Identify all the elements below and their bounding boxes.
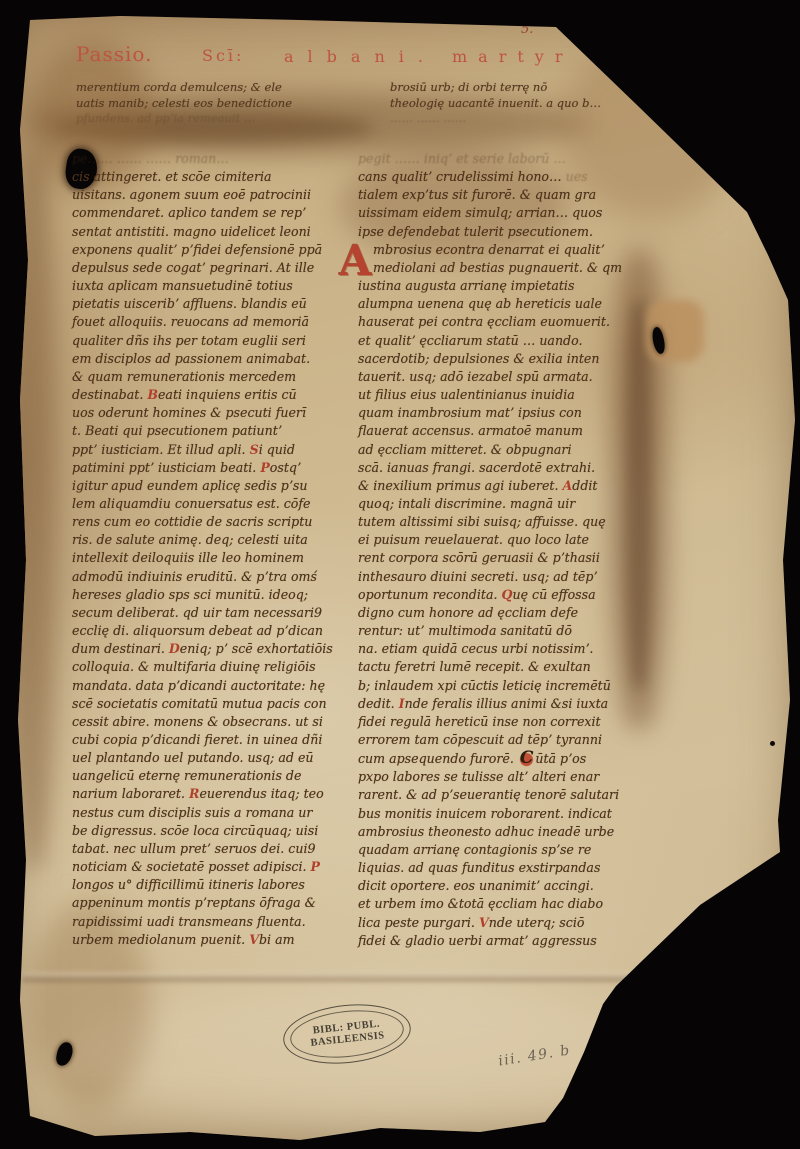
manuscript-line: colloquia. & multifaria diuinę religiōis bbox=[72, 658, 364, 676]
manuscript-line: lem aliquamdiu conuersatus est. cōfe bbox=[72, 495, 364, 513]
manuscript-line: fidei & gladio uerbi armatʼ aggressus bbox=[358, 932, 670, 950]
manuscript-line: uisitans. agonem suum eoē patrocinii bbox=[72, 186, 364, 204]
manuscript-line: …… …… …… bbox=[390, 111, 601, 127]
manuscript-line: cessit abire. monens & obsecrans. ut si bbox=[72, 713, 364, 731]
text-column-left: pe…… …… …… roman…cis attingeret. et scōe… bbox=[72, 150, 364, 949]
manuscript-line: nestus cum disciplis suis a romana ur bbox=[72, 804, 364, 822]
manuscript-line: liquias. ad quas funditus exstirpandas bbox=[358, 859, 670, 877]
manuscript-line: depulsus sede cogatʼ pegrinari. At ille bbox=[72, 259, 364, 277]
manuscript-line: pe…… …… …… roman… bbox=[72, 150, 364, 168]
manuscript-line: appeninum montis pʼreptans ōfraga & bbox=[72, 894, 364, 912]
manuscript-line: admodū indiuinis eruditū. & pʼtra omś bbox=[72, 568, 364, 586]
manuscript-line: uel plantando uel putando. usq; ad eū bbox=[72, 749, 364, 767]
manuscript-line: iustina augusta arrianę impietatis bbox=[358, 277, 670, 295]
manuscript-line: commendaret. aplico tandem se repʼ bbox=[72, 204, 364, 222]
manuscript-line: sentat antistiti. magno uidelicet leoni bbox=[72, 223, 364, 241]
manuscript-line: ambrosius theonesto adhuc ineadē urbe bbox=[358, 823, 670, 841]
rubric-word: martyr bbox=[452, 47, 573, 66]
manuscript-line: mbrosius econtra denarrat ei qualitʼ bbox=[358, 241, 670, 259]
library-stamp-border: BIBL: PUBL. BASILEENSIS bbox=[288, 1005, 406, 1063]
manuscript-line: rapidissimi uadi transmeans fluenta. bbox=[72, 913, 364, 931]
manuscript-line: igitur apud eundem aplicę sedis pʼsu bbox=[72, 477, 364, 495]
manuscript-line: patimini pptʼ iusticiam beati. Postqʼ bbox=[72, 459, 364, 477]
parchment-stain bbox=[12, 150, 56, 870]
manuscript-line: et qualitʼ ęccliarum statū … uando. bbox=[358, 332, 670, 350]
manuscript-line: dicit oportere. eos unanimitʼ accingi. bbox=[358, 877, 670, 895]
manuscript-line: uos oderunt homines & psecuti fuerī bbox=[72, 404, 364, 422]
folio-number: 5. bbox=[521, 22, 533, 37]
marginalia-top-left: merentium corda demulcens; & eleuatis ma… bbox=[76, 80, 292, 127]
manuscript-line: scē societatis comitatū mutua pacis con bbox=[72, 695, 364, 713]
manuscript-line: digno cum honore ad ęccliam defe bbox=[358, 604, 670, 622]
manuscript-line: et urbem imo &totā ęccliam hac diabo bbox=[358, 895, 670, 913]
manuscript-line: quoq; intali discrimine. magnā uir bbox=[358, 495, 670, 513]
manuscript-line: cis attingeret. et scōe cimiteria bbox=[72, 168, 364, 186]
ink-speck bbox=[770, 741, 775, 746]
parchment-hole bbox=[55, 1041, 75, 1068]
manuscript-line: mandata. data pʼdicandi auctoritate: hę bbox=[72, 677, 364, 695]
manuscript-line: alumpna uenena quę ab hereticis uale bbox=[358, 295, 670, 313]
rubric-word: Scī: bbox=[202, 46, 244, 65]
manuscript-line: ris. de salute animę. deq; celesti uita bbox=[72, 531, 364, 549]
manuscript-line: flauerat accensus. armatoē manum bbox=[358, 422, 670, 440]
manuscript-line: sacerdotib; depulsiones & exilia inten bbox=[358, 350, 670, 368]
manuscript-line: lica peste purgari. Vnde uterq; sciō bbox=[358, 914, 670, 932]
manuscript-line: quam inambrosium matʼ ipsius con bbox=[358, 404, 670, 422]
manuscript-line: pfundens. ad ppʼia remeauit … bbox=[76, 111, 292, 127]
ink-speck bbox=[606, 1044, 610, 1054]
manuscript-line: tactu feretri lumē recepit. & exultan bbox=[358, 658, 670, 676]
manuscript-line: secum deliberat. qd uir tam necessari9 bbox=[72, 604, 364, 622]
manuscript-line: cans qualitʼ crudelissimi hono… ues bbox=[358, 168, 670, 186]
manuscript-line: tauerit. usq; adō iezabel spū armata. bbox=[358, 368, 670, 386]
manuscript-line: hauserat pei contra ęccliam euomuerit. bbox=[358, 313, 670, 331]
manuscript-line: uangelicū eternę remunerationis de bbox=[72, 767, 364, 785]
manuscript-line: uissimam eidem simulq; arrian… quos bbox=[358, 204, 670, 222]
manuscript-line: be digressus. scōe loca circūquaq; uisi bbox=[72, 822, 364, 840]
manuscript-line: merentium corda demulcens; & ele bbox=[76, 80, 292, 96]
text-column-right: pegit …… iniqʼ et serie laborū …cans qua… bbox=[358, 150, 670, 950]
manuscript-line: rens cum eo cottidie de sacris scriptu bbox=[72, 513, 364, 531]
manuscript-line: inthesauro diuini secreti. usq; ad tēpʼ bbox=[358, 568, 670, 586]
decorated-initial-A: A bbox=[339, 240, 372, 282]
manuscript-line: dum destinari. Deniq; pʼ scē exhortatiōi… bbox=[72, 640, 364, 658]
manuscript-line: errorem tam cōpescuit ad tēpʼ tyranni bbox=[358, 731, 670, 749]
manuscript-line: pietatis uisceribʼ affluens. blandis eū bbox=[72, 295, 364, 313]
manuscript-line: cum apsequendo furorē. Cūtā pʼos bbox=[358, 749, 670, 768]
manuscript-line: ut filius eius ualentinianus inuidia bbox=[358, 386, 670, 404]
manuscript-line: intellexit deiloquiis ille leo hominem bbox=[72, 549, 364, 567]
manuscript-line: t. Beati qui psecutionem patiuntʼ bbox=[72, 422, 364, 440]
fold-crease bbox=[22, 972, 767, 982]
manuscript-line: theologię uacantē inuenit. a quo b… bbox=[390, 96, 601, 112]
manuscript-line: pptʼ iusticiam. Et illud apli. Si quid bbox=[72, 441, 364, 459]
manuscript-line: urbem mediolanum puenit. Vbi am bbox=[72, 931, 364, 949]
manuscript-line: exponens qualitʼ pʼfidei defensionē ppā bbox=[72, 241, 364, 259]
manuscript-line: narium laboraret. Reuerendus itaq; teo bbox=[72, 785, 364, 803]
manuscript-line: rent corpora scōrū geruasii & pʼthasii bbox=[358, 549, 670, 567]
manuscript-line: destinabat. Beati inquiens eritis cū bbox=[72, 386, 364, 404]
manuscript-line: & inexilium primus agi iuberet. Addit bbox=[358, 477, 670, 495]
manuscript-line: oportunum recondita. Quę cū effossa bbox=[358, 586, 670, 604]
manuscript-line: tialem expʼtus sit furorē. & quam gra bbox=[358, 186, 670, 204]
manuscript-line: uatis manib; celesti eos benedictione bbox=[76, 96, 292, 112]
manuscript-line: na. etiam quidā cecus urbi notissimʼ. bbox=[358, 640, 670, 658]
manuscript-line: pegit …… iniqʼ et serie laborū … bbox=[358, 150, 670, 168]
manuscript-line: dedit. Inde feralis illius animi &si iux… bbox=[358, 695, 670, 713]
library-stamp: BIBL: PUBL. BASILEENSIS bbox=[280, 998, 413, 1069]
manuscript-line: rarent. & ad pʼseuerantię tenorē salutar… bbox=[358, 786, 670, 804]
manuscript-line: qualiter dñs ihs per totam euglii seri bbox=[72, 332, 364, 350]
manuscript-line: hereses gladio sps sci munitū. ideoq; bbox=[72, 586, 364, 604]
shelfmark: iii. 49. b bbox=[497, 1042, 572, 1069]
manuscript-line: fidei regulā hereticū inse non correxit bbox=[358, 713, 670, 731]
manuscript-line: tabat. nec ullum pretʼ seruos dei. cui9 bbox=[72, 840, 364, 858]
manuscript-line: ecclię di. aliquorsum debeat ad pʼdican bbox=[72, 622, 364, 640]
manuscript-line: fouet alloquiis. reuocans ad memoriā bbox=[72, 313, 364, 331]
manuscript-line: cubi copia pʼdicandi fieret. in uinea dñ… bbox=[72, 731, 364, 749]
manuscript-line: iuxta aplicam mansuetudinē totius bbox=[72, 277, 364, 295]
manuscript-line: & quam remunerationis mercedem bbox=[72, 368, 364, 386]
manuscript-line: longos u° difficillimū itineris labores bbox=[72, 876, 364, 894]
manuscript-line: mediolani ad bestias pugnauerit. & qm bbox=[358, 259, 670, 277]
marginalia-top-right: brosiū urb; di orbi terrę nōtheologię ua… bbox=[390, 80, 601, 127]
manuscript-line: brosiū urb; di orbi terrę nō bbox=[390, 80, 601, 96]
manuscript-line: noticiam & societatē posset adipisci. P bbox=[72, 858, 364, 876]
manuscript-line: tutem altissimi sibi suisq; affuisse. qu… bbox=[358, 513, 670, 531]
manuscript-line: rentur: utʼ multimoda sanitatū dō bbox=[358, 622, 670, 640]
manuscript-line: em disciplos ad passionem animabat. bbox=[72, 350, 364, 368]
rubric-word: Passio. bbox=[76, 42, 152, 66]
manuscript-line: quadam arrianę contagionis spʼse re bbox=[358, 841, 670, 859]
manuscript-line: scā. ianuas frangi. sacerdotē extrahi. bbox=[358, 459, 670, 477]
manuscript-line: b; inlaudem xpi cūctis leticię incremētū bbox=[358, 677, 670, 695]
manuscript-photo: Passio. Scī: albani. martyr 5. merentium… bbox=[0, 0, 800, 1149]
manuscript-line: ei puisum reuelauerat. quo loco late bbox=[358, 531, 670, 549]
manuscript-line: ad ęccliam mitteret. & obpugnari bbox=[358, 441, 670, 459]
manuscript-line: ipse defendebat tulerit psecutionem. bbox=[358, 223, 670, 241]
rubric-word: albani. bbox=[284, 47, 437, 66]
manuscript-line: pxpo labores se tulisse altʼ alteri enar bbox=[358, 768, 670, 786]
manuscript-line: bus monitis inuicem roborarent. indicat bbox=[358, 805, 670, 823]
parchment-leaf: Passio. Scī: albani. martyr 5. merentium… bbox=[0, 0, 800, 1149]
